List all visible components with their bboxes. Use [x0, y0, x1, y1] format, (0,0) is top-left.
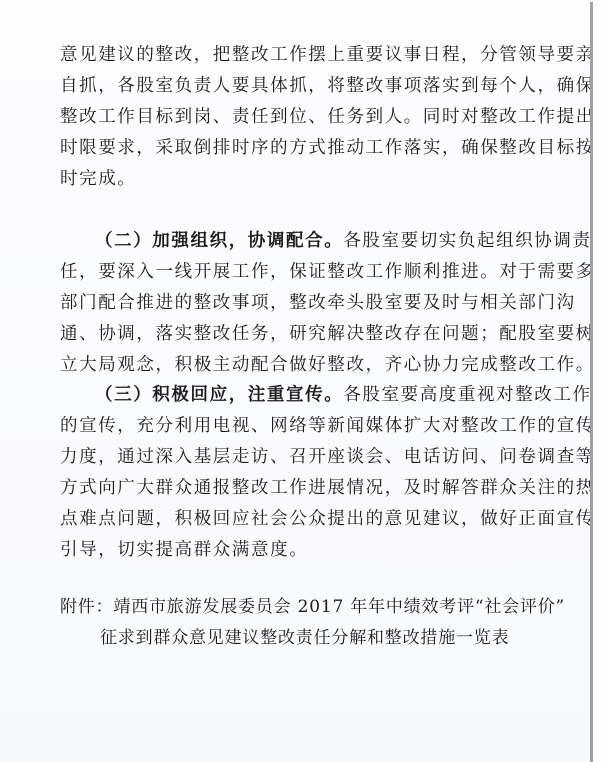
text-line: 力度，通过深入基层走访、召开座谈会、电话访问、问卷调查等: [60, 442, 510, 473]
text-line: 自抓，各股室负责人要具体抓，将整改事项落实到每个人，确保: [60, 71, 510, 102]
scan-margin: [593, 0, 608, 762]
text-line: 方式向广大群众通报整改工作进展情况，及时解答群众关注的热: [60, 473, 510, 504]
text-line: 的宣传，充分利用电视、网络等新闻媒体扩大对整改工作的宣传: [60, 411, 510, 442]
text-line: 部门配合推进的整改事项，整改牵头股室要及时与相关部门沟: [60, 288, 510, 319]
text-line: 点难点问题，积极回应社会公众提出的意见建议，做好正面宣传: [60, 504, 510, 535]
section-2-text: 各股室要切实负起组织协调责: [343, 231, 591, 251]
section-2: （二）加强组织，协调配合。各股室要切实负起组织协调责 任，要深入一线开展工作，保…: [60, 226, 510, 381]
section-3: （三）积极回应，注重宣传。各股室要高度重视对整改工作 的宣传，充分利用电视、网络…: [60, 380, 510, 566]
attachment-line-2: 征求到群众意见建议整改责任分解和整改措施一览表: [60, 621, 530, 652]
section-2-first-line: （二）加强组织，协调配合。各股室要切实负起组织协调责: [60, 226, 510, 257]
attachment-note: 附件：靖西市旅游发展委员会 2017 年年中绩效考评“社会评价” 征求到群众意见…: [60, 590, 530, 652]
text-line: 立大局观念，积极主动配合做好整改，齐心协力完成整改工作。: [60, 350, 510, 381]
text-line: 意见建议的整改，把整改工作摆上重要议事日程，分管领导要亲: [60, 40, 510, 71]
section-2-heading: （二）加强组织，协调配合。: [95, 231, 343, 251]
text-line: 引导，切实提高群众满意度。: [60, 535, 510, 566]
text-line: 整改工作目标到岗、责任到位、任务到人。同时对整改工作提出: [60, 102, 510, 133]
text-line: 通、协调，落实整改任务，研究解决整改存在问题；配股室要树: [60, 319, 510, 350]
section-3-first-line: （三）积极回应，注重宣传。各股室要高度重视对整改工作: [60, 380, 510, 411]
text-line: 时限要求，采取倒排时序的方式推动工作落实，确保整改目标按: [60, 133, 510, 164]
document-page: 意见建议的整改，把整改工作摆上重要议事日程，分管领导要亲 自抓，各股室负责人要具…: [0, 0, 590, 762]
text-line: 任，要深入一线开展工作，保证整改工作顺利推进。对于需要多: [60, 257, 510, 288]
paragraph-rectification: 意见建议的整改，把整改工作摆上重要议事日程，分管领导要亲 自抓，各股室负责人要具…: [60, 40, 510, 195]
attachment-line-1: 附件：靖西市旅游发展委员会 2017 年年中绩效考评“社会评价”: [60, 590, 530, 621]
text-line: 时完成。: [60, 164, 510, 195]
section-3-heading: （三）积极回应，注重宣传。: [95, 385, 343, 405]
section-3-text: 各股室要高度重视对整改工作: [343, 385, 591, 405]
